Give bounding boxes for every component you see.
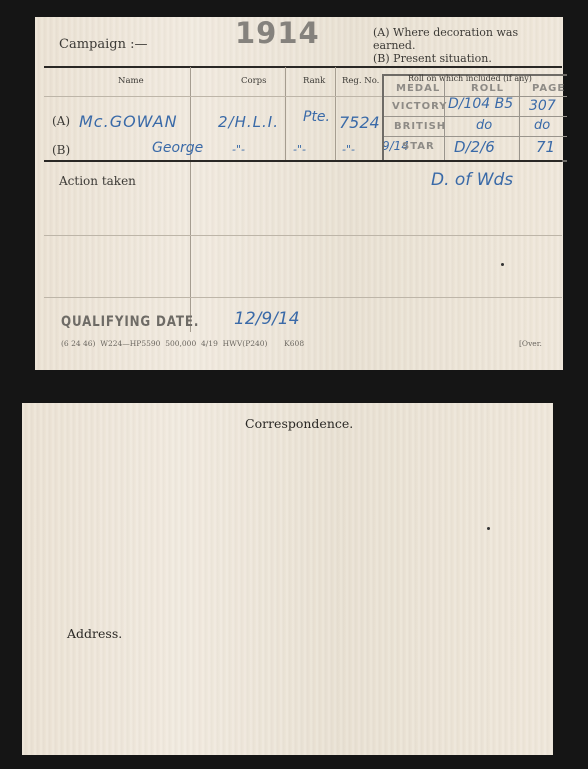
row-b-corps: -"- (232, 143, 245, 156)
action-divider (190, 162, 191, 332)
row-b-rank: -"- (293, 143, 306, 156)
qualifying-date-value: 12/9/14 (234, 309, 300, 329)
medal-row-divider (384, 116, 567, 117)
medal-star: STAR (402, 141, 435, 152)
british-page: do (534, 118, 550, 133)
victory-roll: D/104 B5 (448, 96, 513, 112)
campaign-year-stamp: 1914 (235, 16, 320, 50)
over-note: [Over. (519, 339, 542, 348)
campaign-label: Campaign :— (59, 37, 147, 52)
paper-mark (487, 527, 490, 530)
star-page: 71 (536, 138, 555, 156)
legend-a: (A) Where decoration was earned. (373, 26, 563, 52)
row-a-rank: Pte. (303, 109, 330, 125)
correspondence-label: Correspondence. (245, 416, 353, 431)
victory-page: 307 (529, 98, 556, 114)
action-rule (44, 297, 562, 298)
page-header: PAGE (532, 83, 565, 94)
row-b-marker: (B) (52, 143, 70, 157)
header-rule (44, 66, 562, 68)
col-rank-header: Rank (303, 76, 325, 86)
row-b-reg-no: -"- (342, 143, 355, 156)
header-row-rule (44, 96, 382, 97)
row-a-surname: Mc.GOWAN (79, 112, 178, 131)
roll-header-stamp: ROLL (471, 83, 504, 94)
medal-header: MEDAL (396, 83, 440, 94)
col-divider (285, 67, 286, 160)
medal-roll-table: Roll on which included (if any) MEDAL RO… (382, 74, 567, 162)
row-b-forename: George (152, 140, 203, 156)
row-a-marker: (A) (52, 114, 70, 128)
name-block-rule (44, 160, 562, 162)
row-a-corps: 2/H.L.I. (218, 113, 279, 131)
roll-header: Roll on which included (if any) (408, 74, 532, 83)
col-corps-header: Corps (241, 76, 267, 86)
action-taken-note: D. of Wds (431, 170, 513, 190)
medal-british: BRITISH (394, 121, 446, 132)
row-a-reg-no: 7524 (339, 113, 380, 132)
paper-mark (501, 263, 504, 266)
address-label: Address. (67, 626, 122, 641)
medal-victory: VICTORY (392, 101, 448, 112)
qualifying-date-label: QUALIFYING DATE. (61, 314, 199, 330)
col-regno-header: Reg. No. (342, 76, 379, 86)
col-divider (335, 67, 336, 160)
legend-b: (B) Present situation. (373, 52, 492, 65)
action-rule (44, 235, 562, 236)
medal-col-divider (519, 76, 520, 160)
action-taken-label: Action taken (59, 174, 136, 188)
medal-card-front: Campaign :— 1914 (A) Where decoration wa… (35, 17, 563, 370)
medal-card-back: Correspondence. Address. (22, 403, 553, 755)
british-roll: do (476, 118, 492, 133)
medal-row-divider (384, 136, 567, 137)
star-roll: D/2/6 (454, 138, 495, 156)
print-code: (6 24 46) W224—HP5590 500,000 4/19 HWV(P… (61, 339, 304, 348)
col-name-header: Name (118, 76, 144, 86)
medal-col-divider (444, 76, 445, 160)
